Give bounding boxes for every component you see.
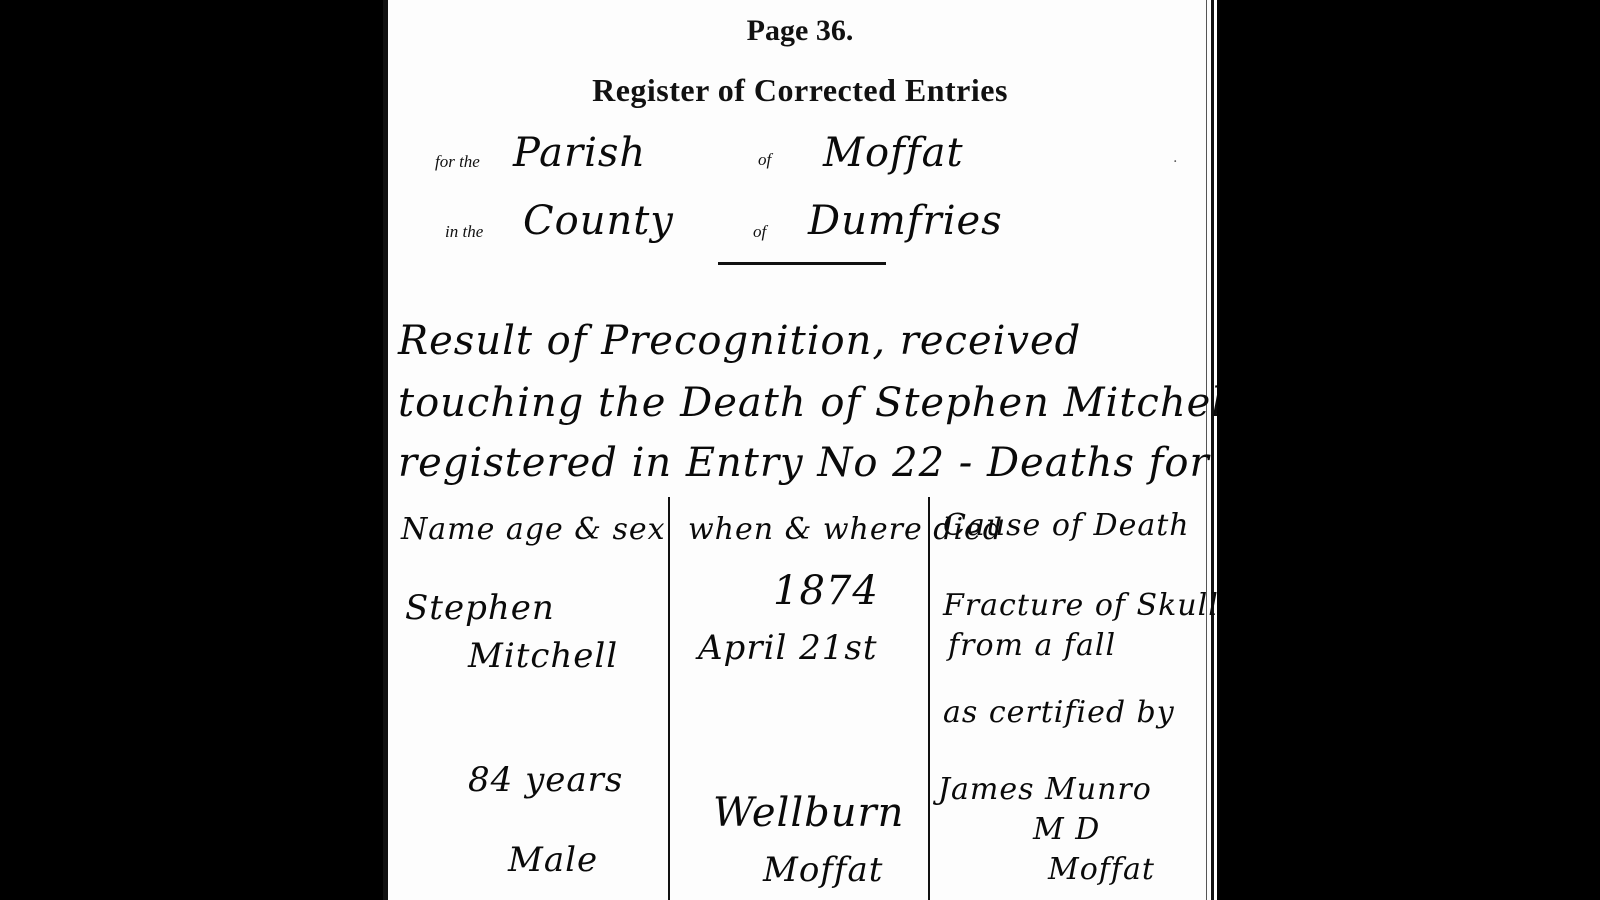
- col2-line-2: April 21st: [698, 628, 878, 668]
- body-line-2: touching the Death of Stephen Mitchell: [398, 380, 1217, 426]
- county-value: Dumfries: [808, 198, 1003, 244]
- body-line-3: registered in Entry No 22 - Deaths for 1…: [398, 440, 1217, 486]
- column-divider-2: [928, 497, 930, 900]
- col2-line-3: Wellburn: [713, 790, 904, 836]
- parish-field-label: Parish: [513, 130, 646, 176]
- county-field-label: County: [523, 198, 674, 244]
- register-title: Register of Corrected Entries: [383, 72, 1217, 109]
- col3-line-1: Fracture of Skull: [943, 588, 1217, 623]
- county-prefix: in the: [445, 222, 483, 242]
- parish-of: of: [758, 150, 771, 170]
- col1-line-2: Mitchell: [468, 636, 618, 676]
- register-page: Page 36. Register of Corrected Entries f…: [383, 0, 1217, 900]
- county-of: of: [753, 222, 766, 242]
- col3-line-4: James Munro: [938, 772, 1152, 807]
- page-left-border: [383, 0, 388, 900]
- col3-line-5: M D: [1033, 812, 1100, 847]
- dot-mark: .: [1173, 150, 1177, 166]
- col1-line-1: Stephen: [405, 588, 555, 628]
- col2-line-1: 1874: [773, 568, 879, 614]
- col1-header: Name age & sex: [401, 512, 666, 547]
- col3-header: Cause of Death: [943, 508, 1190, 543]
- col3-line-2: from a fall: [948, 628, 1116, 663]
- page-number: Page 36.: [383, 14, 1217, 48]
- body-line-1: Result of Precognition, received: [398, 318, 1081, 364]
- column-divider-1: [668, 497, 670, 900]
- parish-prefix: for the: [435, 152, 480, 172]
- col3-line-6: Moffat: [1048, 852, 1155, 887]
- parish-value: Moffat: [823, 130, 964, 176]
- col2-line-4: Moffat: [763, 850, 883, 890]
- county-underline: [718, 262, 886, 265]
- col1-line-4: Male: [508, 840, 598, 880]
- col1-line-3: 84 years: [468, 760, 623, 800]
- col3-line-3: as certified by: [943, 695, 1175, 730]
